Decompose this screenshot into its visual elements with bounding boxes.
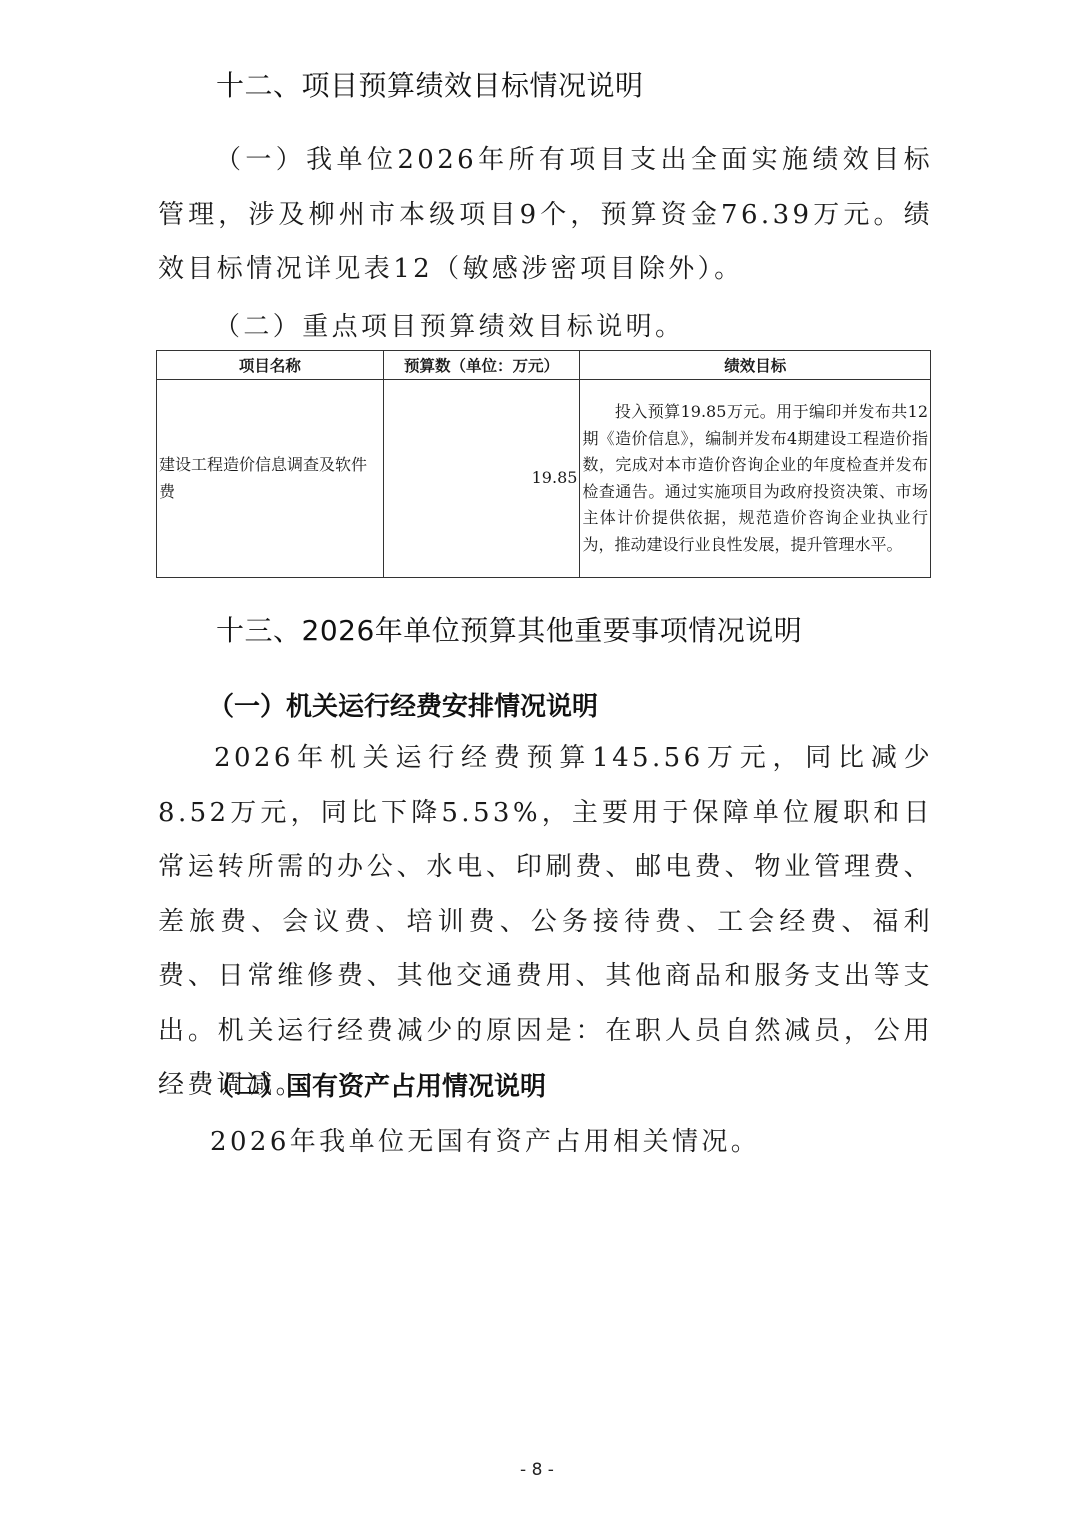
section-13-sub-1-heading: （一）机关运行经费安排情况说明	[208, 686, 598, 723]
section-12-heading: 十二、项目预算绩效目标情况说明	[216, 64, 644, 104]
table-header-row: 项目名称 预算数（单位：万元） 绩效目标	[157, 351, 931, 380]
table-row: 建设工程造价信息调查及软件费 19.85 投入预算19.85万元。用于编印并发布…	[157, 380, 931, 578]
section-12-paragraph-2: （二）重点项目预算绩效目标说明。	[214, 306, 684, 343]
section-13-sub-2-body: 2026年我单位无国有资产占用相关情况。	[210, 1121, 760, 1158]
section-13-sub-1-body-text: 2026年机关运行经费预算145.56万元，同比减少8.52万元，同比下降5.5…	[158, 743, 933, 1100]
header-project-name: 项目名称	[157, 351, 384, 380]
section-13-sub-2-heading: （二）国有资产占用情况说明	[208, 1066, 546, 1103]
header-budget: 预算数（单位：万元）	[383, 351, 580, 380]
header-performance-goal: 绩效目标	[580, 351, 931, 380]
document-page: 十二、项目预算绩效目标情况说明 （一）我单位2026年所有项目支出全面实施绩效目…	[0, 0, 1074, 1520]
section-13-sub-1-body: 2026年机关运行经费预算145.56万元，同比减少8.52万元，同比下降5.5…	[158, 731, 933, 1113]
project-name-cell: 建设工程造价信息调查及软件费	[157, 380, 384, 578]
section-12-paragraph-1-text: （一）我单位2026年所有项目支出全面实施绩效目标管理，涉及柳州市本级项目9个，…	[158, 145, 933, 284]
performance-goal-text: 投入预算19.85万元。用于编印并发布共12期《造价信息》，编制并发布4期建设工…	[582, 402, 928, 554]
key-project-performance-table: 项目名称 预算数（单位：万元） 绩效目标 建设工程造价信息调查及软件费 19.8…	[156, 350, 931, 578]
budget-cell: 19.85	[383, 380, 580, 578]
section-12-paragraph-1: （一）我单位2026年所有项目支出全面实施绩效目标管理，涉及柳州市本级项目9个，…	[158, 133, 933, 297]
page-number: - 8 -	[0, 1460, 1074, 1480]
performance-goal-cell: 投入预算19.85万元。用于编印并发布共12期《造价信息》，编制并发布4期建设工…	[580, 380, 931, 578]
section-13-heading: 十三、2026年单位预算其他重要事项情况说明	[216, 609, 802, 649]
